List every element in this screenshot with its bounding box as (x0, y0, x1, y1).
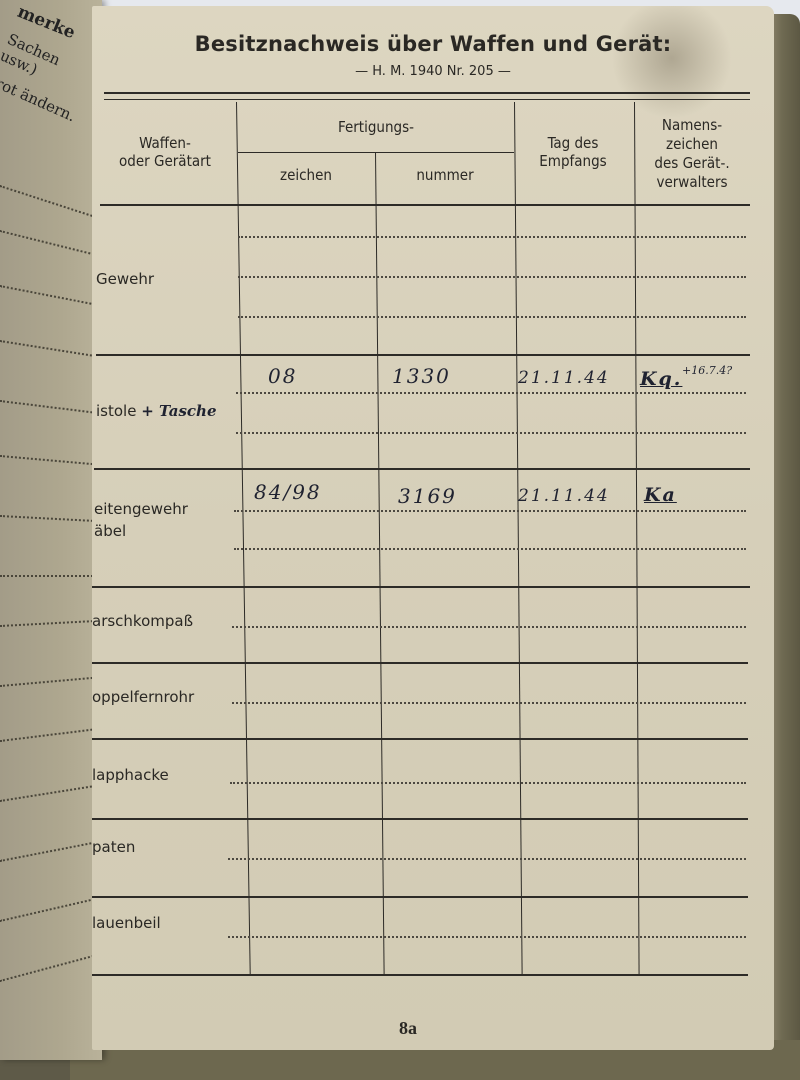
header-signature-line2: zeichen (634, 135, 750, 154)
header-type: Waffen- oder Gerätart (98, 134, 232, 170)
row-rule (92, 818, 748, 820)
header-signature: Namens- zeichen des Gerät-. verwalters (634, 116, 750, 192)
left-dotted-line (0, 575, 100, 577)
left-dotted-line (0, 841, 98, 862)
book-cover-edge (770, 14, 800, 1080)
row-label-klapphacke: lapphacke (92, 764, 169, 786)
column-rule (514, 102, 523, 974)
header-signature-line1: Namens- (634, 116, 750, 135)
entry-dotted-line (232, 702, 746, 704)
row-rule (92, 738, 748, 740)
header-date: Tag des Empfangs (514, 134, 632, 170)
left-dotted-line (0, 515, 100, 522)
row-label-doppelfernrohr: oppelfernrohr (92, 686, 194, 708)
row-label-marschkompass: arschkompaß (92, 610, 193, 632)
left-dotted-line (0, 676, 100, 687)
header-type-line1: Waffen- (98, 134, 232, 152)
entry-dotted-line (238, 276, 746, 278)
left-dotted-line (0, 230, 97, 256)
left-dotted-line (0, 620, 100, 627)
header-date-line2: Empfangs (514, 152, 632, 170)
entry-dotted-line (232, 626, 746, 628)
document-subtitle: — H. M. 1940 Nr. 205 — (92, 64, 774, 79)
page-number: 8a (92, 1018, 724, 1039)
left-dotted-line (0, 400, 99, 414)
header-production-mark: zeichen (238, 166, 374, 184)
row-rule (92, 662, 748, 664)
header-type-line2: oder Gerätart (98, 152, 232, 170)
pistole-date-value: 21.11.44 (518, 368, 610, 388)
row-rule (94, 468, 750, 470)
row-label-pistole-handwritten: + Tasche (141, 402, 216, 420)
header-production-group: Fertigungs- (238, 118, 514, 136)
column-rule (236, 102, 251, 974)
left-dotted-line (0, 784, 99, 802)
row-label-seitengewehr: eitengewehr äbel (94, 498, 188, 542)
row-label-gewehr: Gewehr (96, 268, 154, 290)
pistole-number-value: 1330 (392, 364, 451, 388)
seitengewehr-date-value: 21.11.44 (518, 486, 610, 506)
left-dotted-line (0, 898, 98, 922)
left-dotted-line (0, 285, 98, 306)
row-label-seitengewehr-line2: äbel (94, 520, 188, 542)
row-label-spaten: paten (92, 836, 135, 858)
seitengewehr-mark-value: 84/98 (254, 480, 322, 504)
row-rule (92, 896, 748, 898)
entry-dotted-line (238, 236, 746, 238)
row-label-klauenbeil: lauenbeil (92, 912, 161, 934)
table-top-rule (104, 92, 750, 94)
row-rule (92, 586, 750, 588)
left-dotted-line (0, 728, 99, 742)
row-rule (100, 204, 750, 206)
seitengewehr-signature-value: Ka (644, 484, 677, 506)
row-label-seitengewehr-line1: eitengewehr (94, 498, 188, 520)
row-label-pistole: istole + Tasche (96, 400, 216, 422)
header-signature-line3: des Gerät-. (634, 154, 750, 173)
entry-dotted-line (228, 936, 746, 938)
column-rule (634, 102, 640, 974)
left-page: merke Sachen usw.) rot ändern. (0, 0, 102, 1060)
seitengewehr-number-value: 3169 (398, 484, 457, 508)
header-date-line1: Tag des (514, 134, 632, 152)
pistole-signature-value: Kq. (640, 368, 682, 390)
row-rule (96, 354, 750, 356)
document-page: Besitznachweis über Waffen und Gerät: — … (92, 6, 774, 1050)
entry-dotted-line (236, 432, 746, 434)
entry-dotted-line (230, 782, 746, 784)
row-rule (92, 974, 748, 976)
left-dotted-line (0, 340, 99, 358)
left-dotted-line (0, 954, 97, 982)
pistole-signature-note: +16.7.4? (682, 364, 732, 377)
entry-dotted-line (228, 858, 746, 860)
table-top-rule-thin (104, 99, 750, 100)
left-dotted-line (0, 185, 95, 218)
left-dotted-line (0, 455, 100, 466)
entry-dotted-line (236, 392, 746, 394)
entry-dotted-line (238, 316, 746, 318)
document-title: Besitznachweis über Waffen und Gerät: (92, 32, 774, 56)
header-signature-line4: verwalters (634, 173, 750, 192)
entry-dotted-line (234, 548, 746, 550)
pistole-mark-value: 08 (268, 364, 297, 388)
row-label-pistole-printed: istole (96, 402, 136, 420)
header-production-number: nummer (376, 166, 514, 184)
entry-dotted-line (234, 510, 746, 512)
